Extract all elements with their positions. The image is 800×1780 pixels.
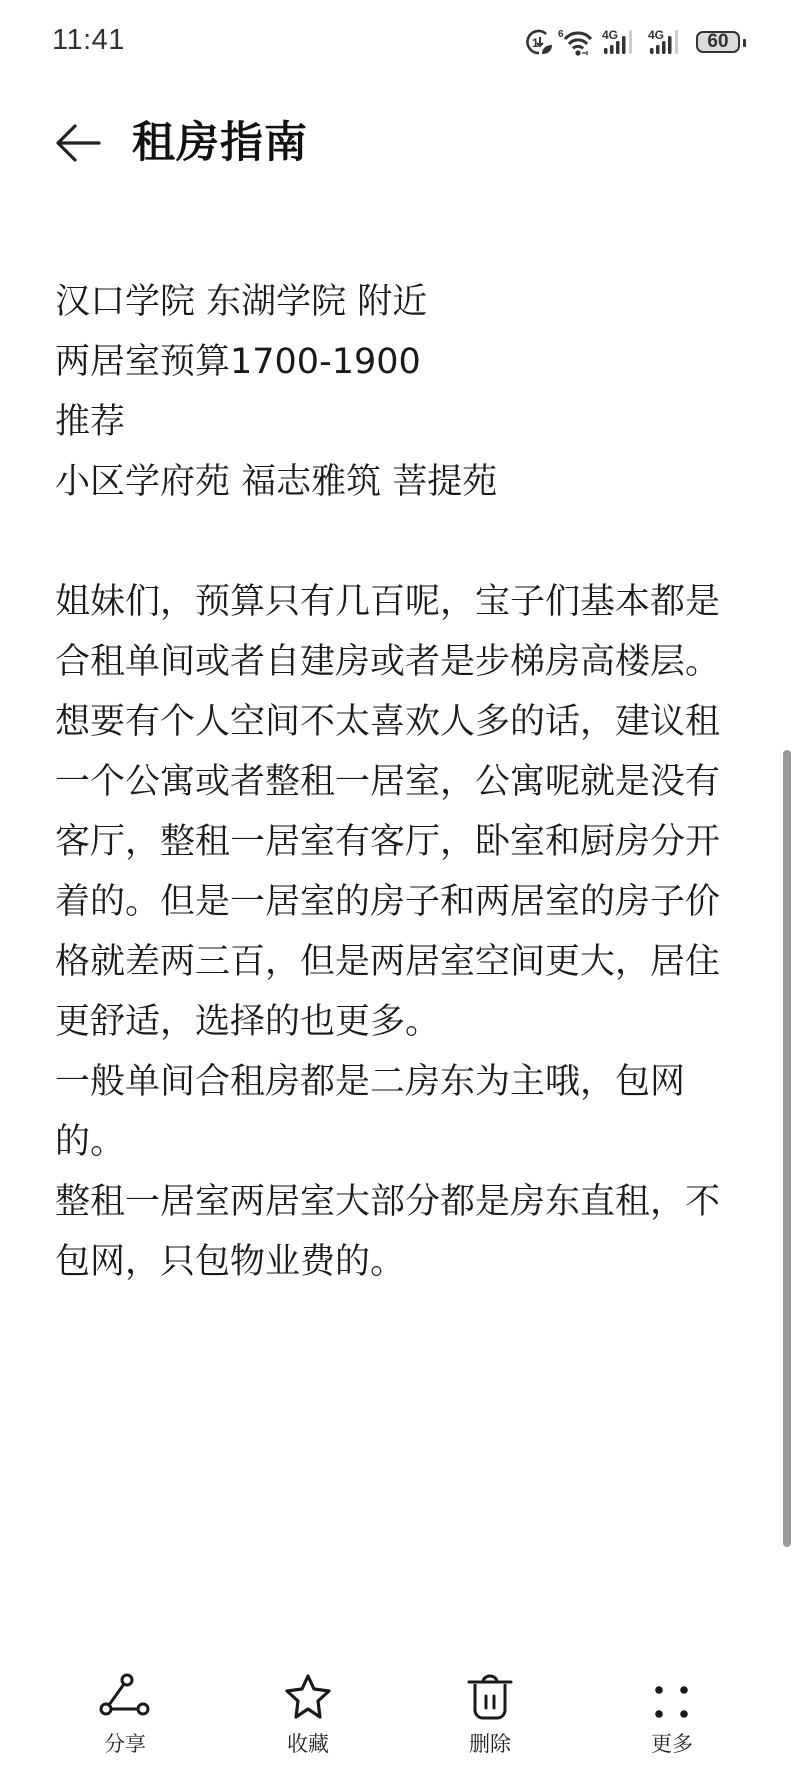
signal-4g-sim1-icon: 4G bbox=[602, 27, 640, 57]
note-header-line: 小区学府苑 福志雅筑 菩提苑 bbox=[55, 452, 735, 512]
svg-text:4G: 4G bbox=[602, 28, 618, 42]
favorite-label: 收藏 bbox=[287, 1731, 329, 1757]
share-icon bbox=[99, 1672, 151, 1722]
svg-text:4G: 4G bbox=[648, 28, 664, 42]
delete-button[interactable]: 删除 bbox=[430, 1660, 550, 1770]
battery-icon: 60 bbox=[696, 29, 746, 55]
more-label: 更多 bbox=[651, 1731, 693, 1757]
page-title: 租房指南 bbox=[132, 118, 308, 168]
share-label: 分享 bbox=[104, 1731, 146, 1757]
note-paragraph: 姐妹们，预算只有几百呢，宝子们基本都是合租单间或者自建房或者是步梯房高楼层。想要… bbox=[55, 572, 735, 1052]
signal-4g-sim2-icon: 4G bbox=[648, 27, 686, 57]
star-icon bbox=[283, 1672, 333, 1722]
note-content[interactable]: 汉口学院 东湖学院 附近 两居室预算1700-1900 推荐 小区学府苑 福志雅… bbox=[55, 272, 735, 1292]
favorite-button[interactable]: 收藏 bbox=[248, 1660, 368, 1770]
more-icon bbox=[652, 1678, 692, 1722]
back-button[interactable] bbox=[50, 118, 106, 168]
note-paragraph: 一般单间合租房都是二房东为主哦，包网的。 bbox=[55, 1052, 735, 1172]
bottom-toolbar: 分享 收藏 删除 更多 bbox=[0, 1660, 800, 1780]
battery-level: 60 bbox=[696, 31, 740, 53]
svg-text:6: 6 bbox=[558, 29, 564, 40]
more-button[interactable]: 更多 bbox=[612, 1660, 732, 1770]
note-header-line: 汉口学院 东湖学院 附近 bbox=[55, 272, 735, 332]
wifi-6-icon: 6 bbox=[558, 27, 596, 57]
status-time: 11:41 bbox=[52, 24, 125, 57]
delete-label: 删除 bbox=[469, 1731, 511, 1757]
app-bar: 租房指南 bbox=[0, 100, 800, 186]
trash-icon bbox=[466, 1672, 514, 1722]
status-bar: 11:41 1 6 4G bbox=[0, 0, 800, 84]
note-header-line: 两居室预算1700-1900 bbox=[55, 332, 735, 392]
status-icons: 1 6 4G bbox=[524, 26, 746, 58]
note-paragraph: 整租一居室两居室大部分都是房东直租，不包网，只包物业费的。 bbox=[55, 1172, 735, 1292]
arrow-left-icon bbox=[55, 122, 101, 164]
note-header-line: 推荐 bbox=[55, 392, 735, 452]
scrollbar[interactable] bbox=[783, 750, 791, 1547]
blank-line bbox=[55, 512, 735, 572]
share-button[interactable]: 分享 bbox=[65, 1660, 185, 1770]
data-saver-icon: 1 bbox=[524, 27, 554, 57]
